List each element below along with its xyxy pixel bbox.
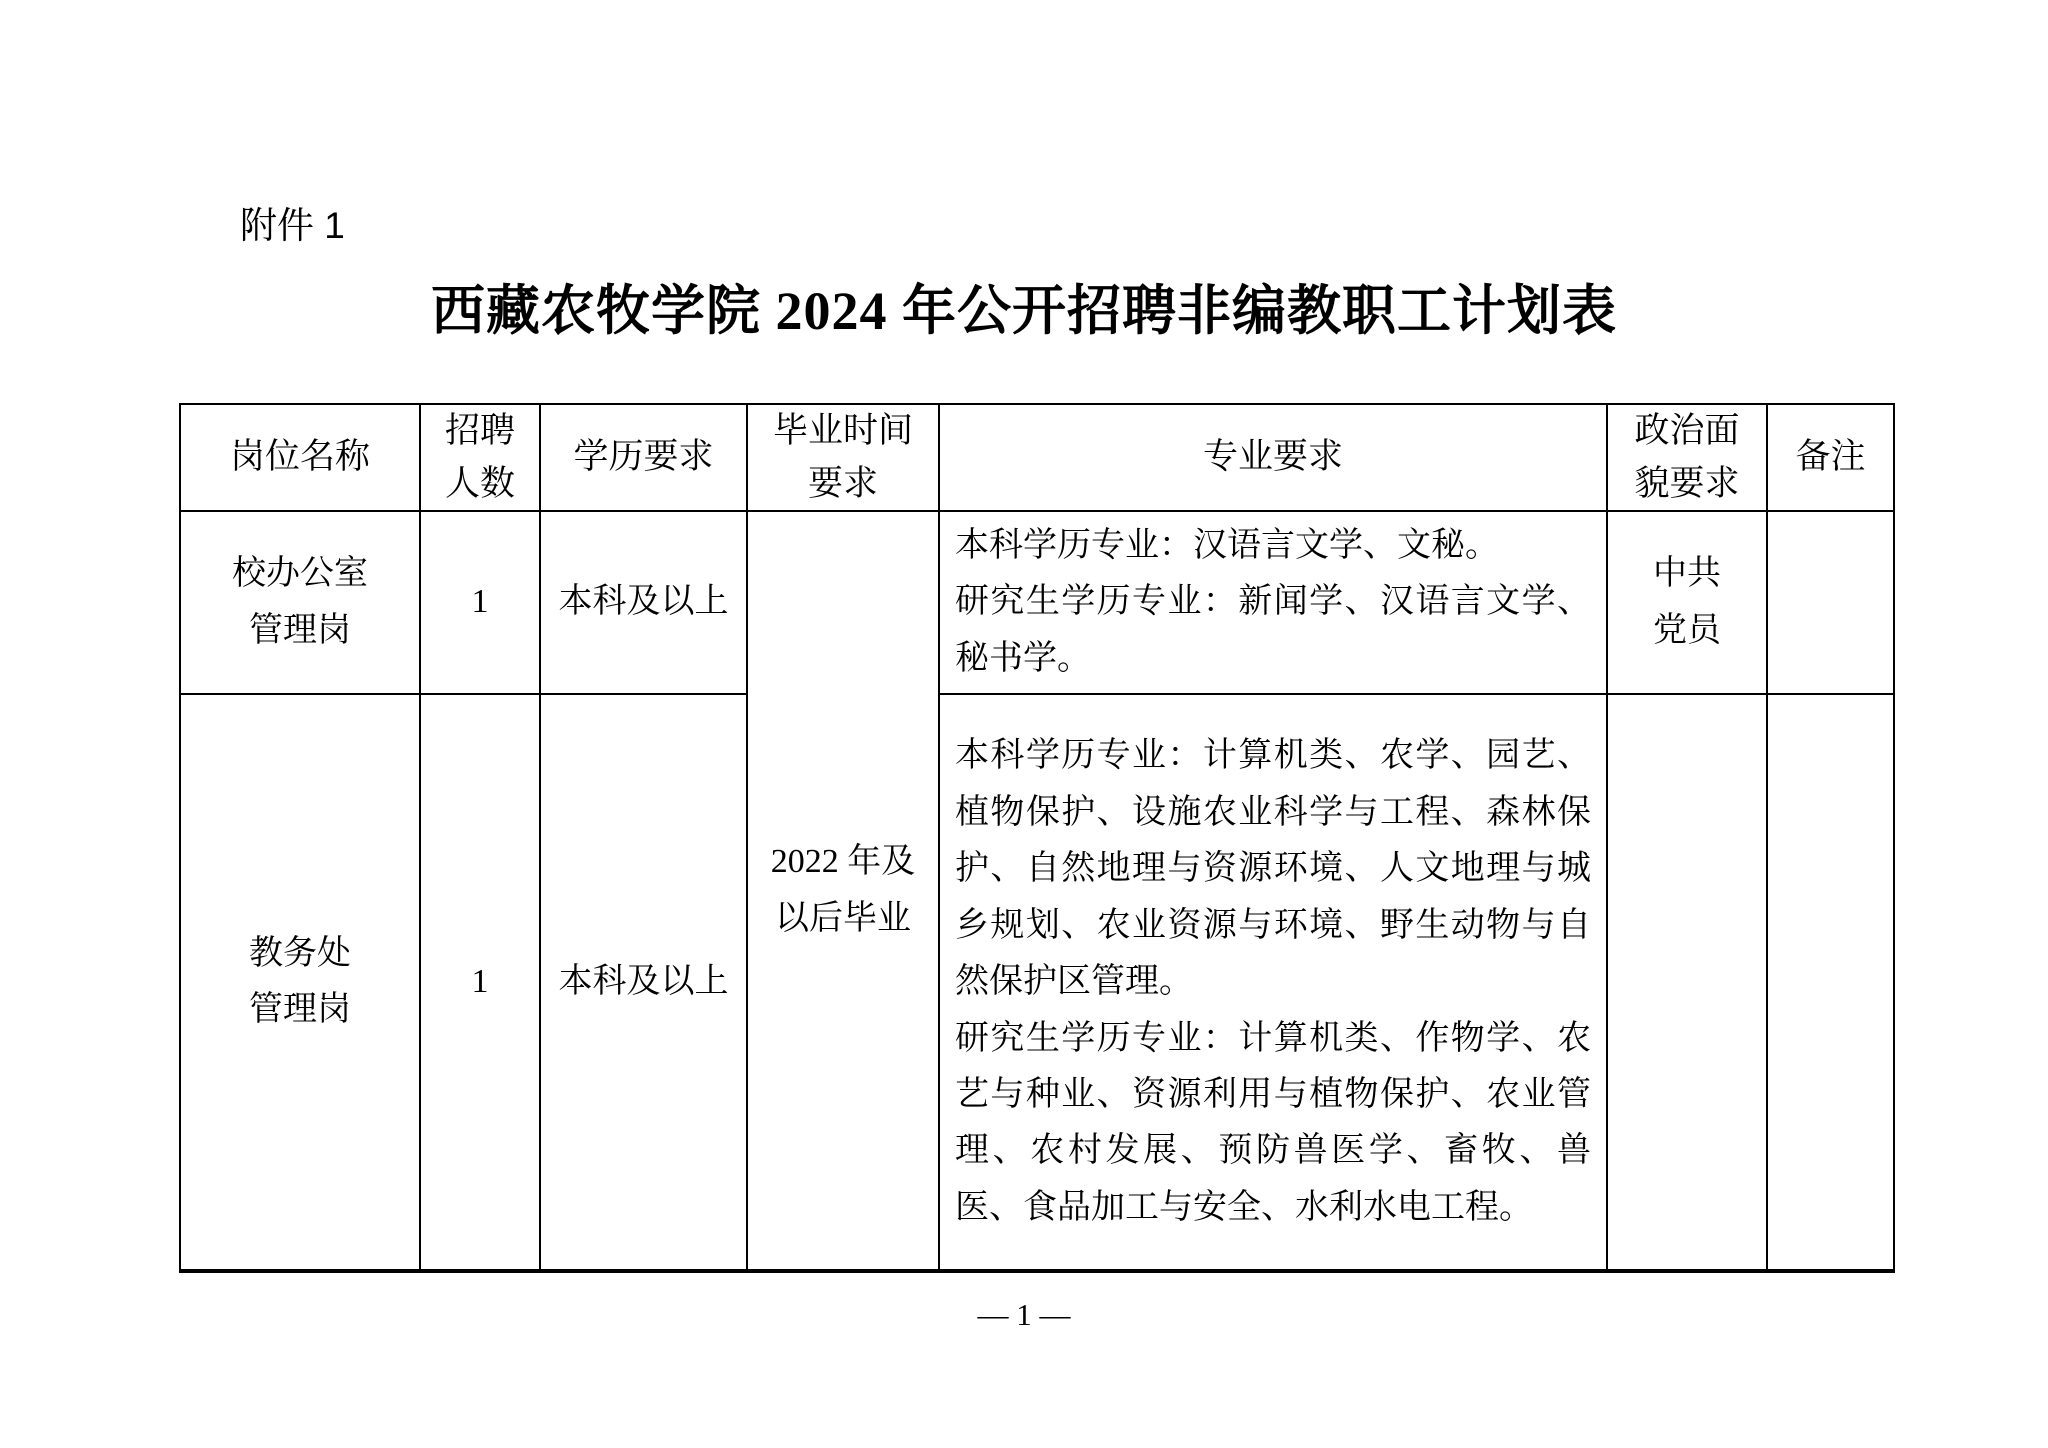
- cell-major-requirements: 本科学历专业：计算机类、农学、园艺、植物保护、设施农业科学与工程、森林保护、自然…: [939, 694, 1607, 1271]
- cell-headcount: 1: [420, 694, 540, 1271]
- header-headcount: 招聘 人数: [420, 404, 540, 511]
- cell-education: 本科及以上: [540, 511, 747, 694]
- major-undergraduate-text: 本科学历专业：汉语言文学、文秘。: [955, 518, 1591, 574]
- cell-position: 教务处 管理岗: [180, 694, 420, 1271]
- cell-remarks: [1767, 694, 1894, 1271]
- cell-remarks: [1767, 511, 1894, 694]
- attachment-label: 附件 1: [240, 204, 345, 248]
- document-page: 附件 1 西藏农牧学院 2024 年公开招聘非编教职工计划表 岗位名称 招聘 人…: [0, 0, 2048, 1448]
- table-row-office-admin: 校办公室 管理岗 1 本科及以上 2022 年及 以后毕业 本科学历专业：汉语言…: [180, 511, 1894, 694]
- header-position: 岗位名称: [180, 404, 420, 511]
- major-graduate-text: 研究生学历专业：计算机类、作物学、农艺与种业、资源利用与植物保护、农业管理、农村…: [955, 1011, 1591, 1237]
- recruitment-plan-table: 岗位名称 招聘 人数 学历要求 毕业时间 要求 专业要求 政治面 貌要求 备注 …: [179, 403, 1895, 1273]
- cell-headcount: 1: [420, 511, 540, 694]
- cell-graduation-time-merged: 2022 年及 以后毕业: [747, 511, 939, 1271]
- major-graduate-text: 研究生学历专业：新闻学、汉语言文学、秘书学。: [955, 574, 1591, 687]
- header-education: 学历要求: [540, 404, 747, 511]
- document-title: 西藏农牧学院 2024 年公开招聘非编教职工计划表: [0, 268, 2048, 345]
- page-number: — 1 —: [0, 1297, 2048, 1333]
- header-remarks: 备注: [1767, 404, 1894, 511]
- cell-education: 本科及以上: [540, 694, 747, 1271]
- cell-political-status: [1607, 694, 1767, 1271]
- header-major: 专业要求: [939, 404, 1607, 511]
- cell-position: 校办公室 管理岗: [180, 511, 420, 694]
- header-political-status: 政治面 貌要求: [1607, 404, 1767, 511]
- major-undergraduate-text: 本科学历专业：计算机类、农学、园艺、植物保护、设施农业科学与工程、森林保护、自然…: [955, 728, 1591, 1010]
- cell-political-status: 中共 党员: [1607, 511, 1767, 694]
- table-header-row: 岗位名称 招聘 人数 学历要求 毕业时间 要求 专业要求 政治面 貌要求 备注: [180, 404, 1894, 511]
- cell-major-requirements: 本科学历专业：汉语言文学、文秘。 研究生学历专业：新闻学、汉语言文学、秘书学。: [939, 511, 1607, 694]
- header-graduation-time: 毕业时间 要求: [747, 404, 939, 511]
- table-row-academic-affairs: 教务处 管理岗 1 本科及以上 本科学历专业：计算机类、农学、园艺、植物保护、设…: [180, 694, 1894, 1271]
